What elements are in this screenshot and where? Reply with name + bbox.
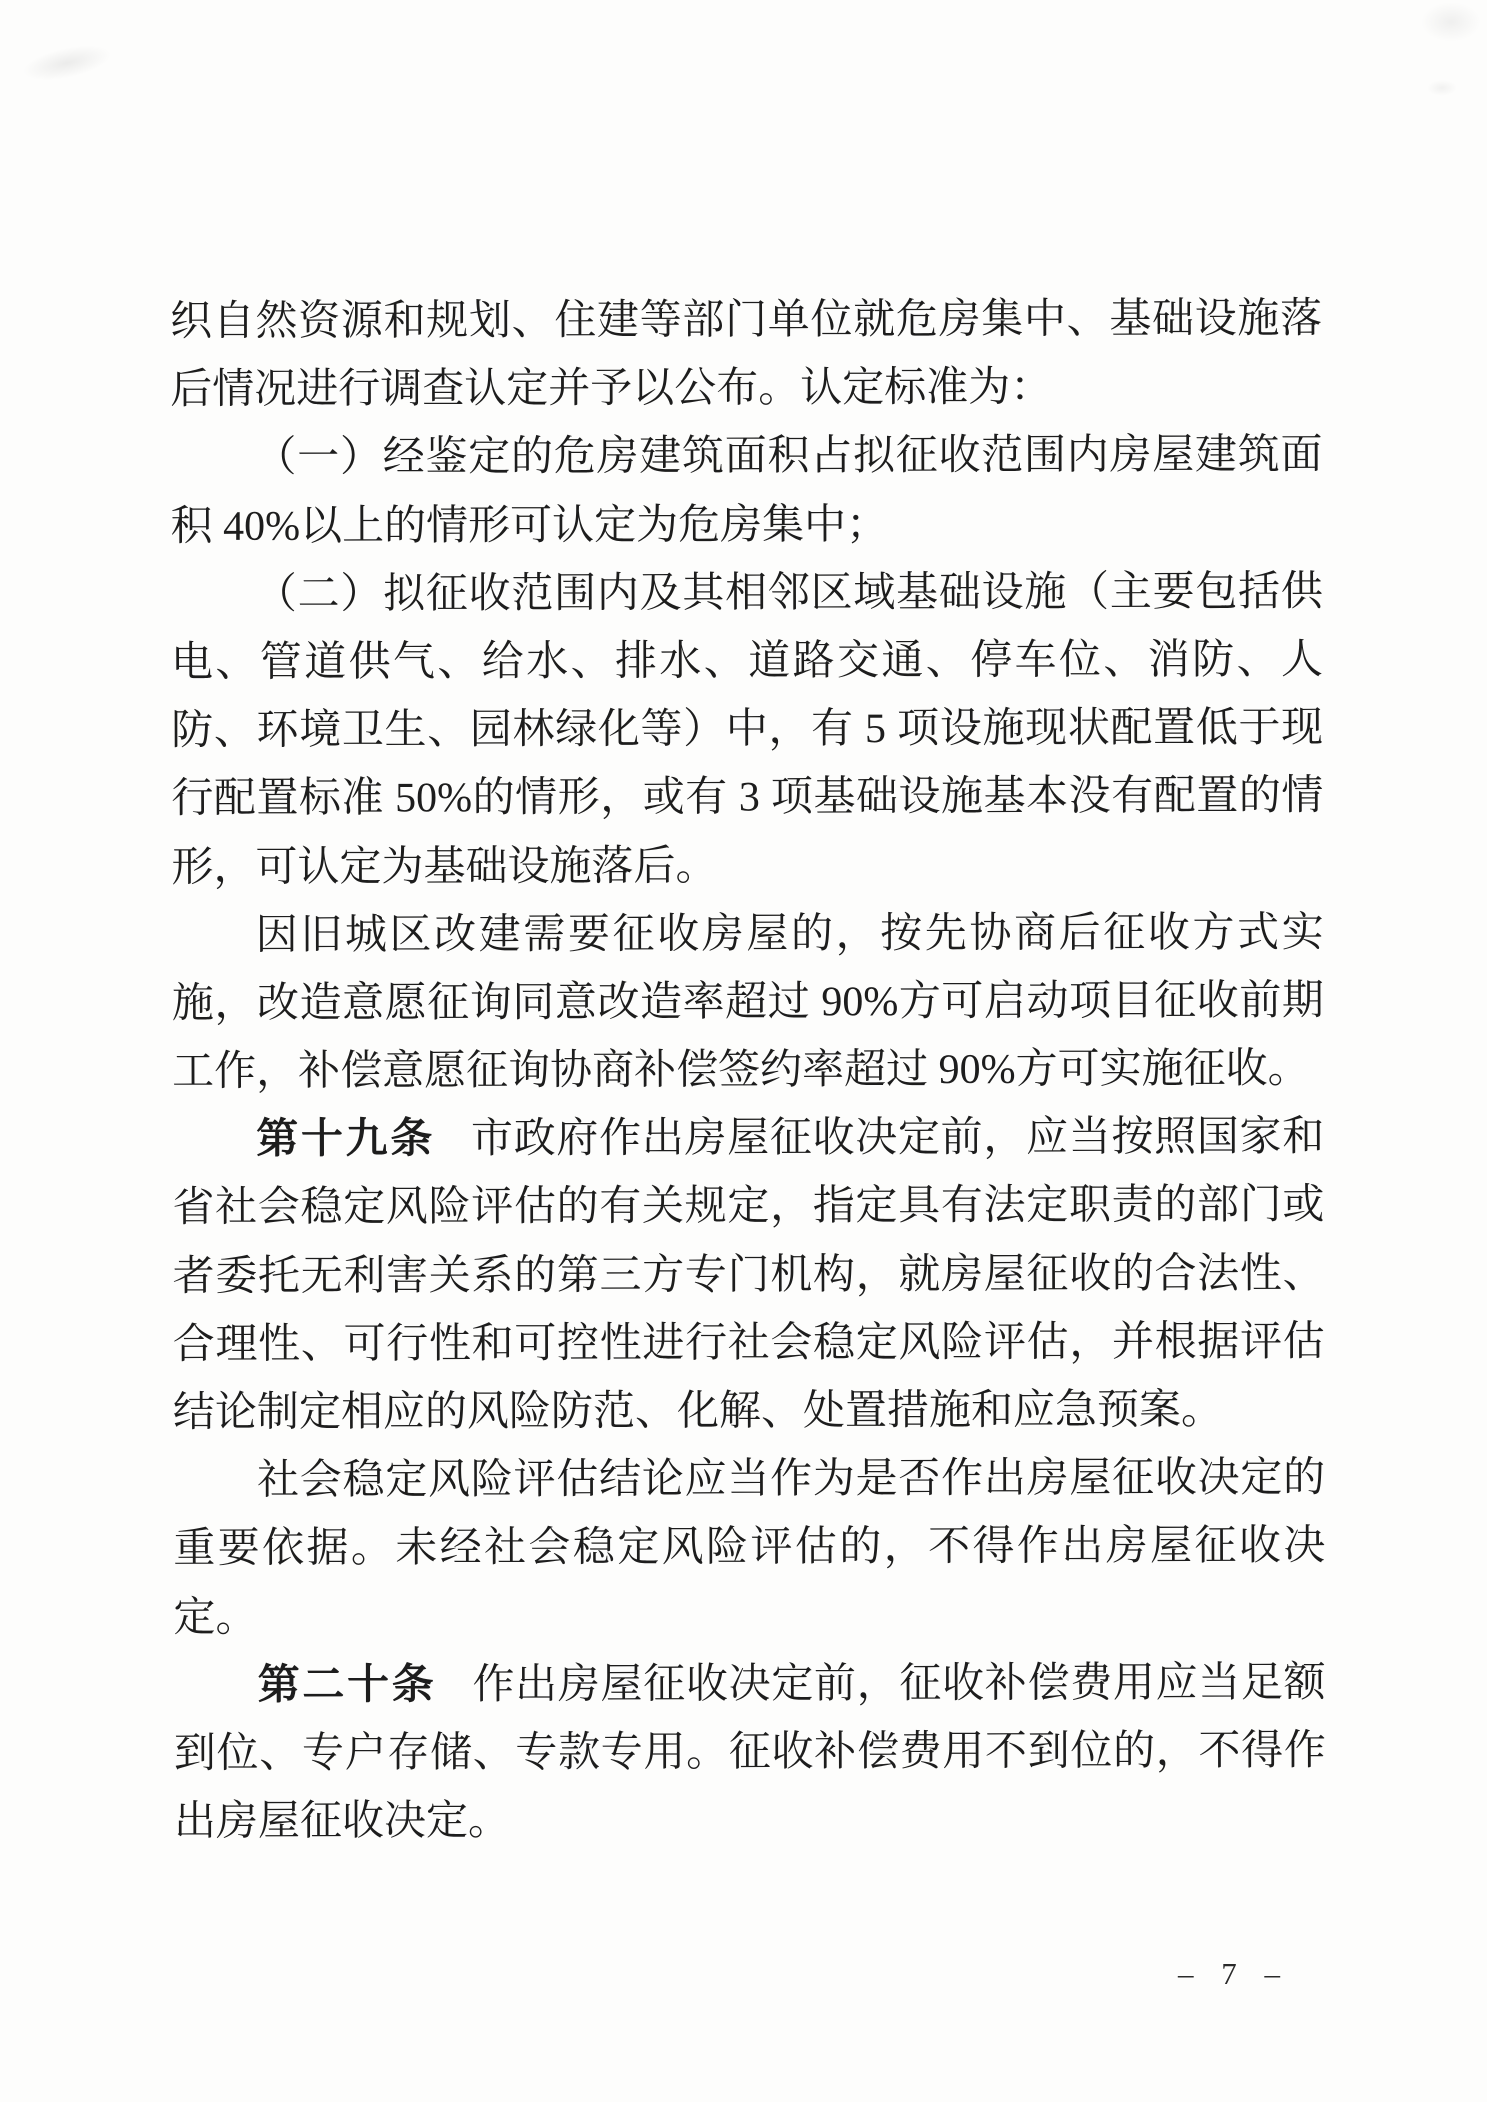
text-line: 合理性、可行性和可控性进行社会稳定风险评估，并根据评估 — [173, 1308, 1325, 1379]
text-line: 防、环境卫生、园林绿化等）中，有 5 项设施现状配置低于现 — [171, 694, 1323, 765]
article-text: 作出房屋征收决定前，征收补偿费用应当足额 — [472, 1660, 1325, 1708]
scan-smudge — [1421, 2, 1481, 42]
text-line: 省社会稳定风险评估的有关规定，指定具有法定职责的部门或 — [172, 1171, 1324, 1242]
text-line: 积 40%以上的情形可认定为危房集中； — [171, 490, 1323, 561]
text-line: 行配置标准 50%的情形，或有 3 项基础设施基本没有配置的情 — [171, 762, 1323, 833]
text-line: 结论制定相应的风险防范、化解、处置措施和应急预案。 — [173, 1376, 1325, 1447]
article-number: 第二十条 — [258, 1662, 437, 1708]
text-line: 第十九条市政府作出房屋征收决定前，应当按照国家和 — [172, 1103, 1324, 1174]
text-line: 织自然资源和规划、住建等部门单位就危房集中、基础设施落 — [170, 285, 1322, 356]
scan-smudge — [1427, 80, 1457, 96]
text-line: 到位、专户存储、专款专用。征收补偿费用不到位的，不得作 — [174, 1717, 1326, 1788]
text-line: 工作，补偿意愿征询协商补偿签约率超过 90%方可实施征收。 — [172, 1035, 1324, 1106]
scan-smudge — [20, 39, 114, 87]
text-line: 施，改造意愿征询同意改造率超过 90%方可启动项目征收前期 — [172, 967, 1324, 1038]
text-line: 因旧城区改建需要征收房屋的，按先协商后征收方式实 — [172, 899, 1324, 970]
text-line: 者委托无利害关系的第三方专门机构，就房屋征收的合法性、 — [172, 1240, 1324, 1311]
document-page: 织自然资源和规划、住建等部门单位就危房集中、基础设施落 后情况进行调查认定并予以… — [0, 0, 1487, 2102]
article-text: 市政府作出房屋征收决定前，应当按照国家和 — [471, 1114, 1324, 1162]
text-line: 第二十条作出房屋征收决定前，征收补偿费用应当足额 — [174, 1649, 1326, 1720]
article-number: 第十九条 — [256, 1117, 435, 1163]
text-line: 定。 — [173, 1581, 1325, 1652]
text-line: 社会稳定风险评估结论应当作为是否作出房屋征收决定的 — [173, 1444, 1325, 1515]
text-line: （一）经鉴定的危房建筑面积占拟征收范围内房屋建筑面 — [170, 421, 1322, 492]
page-number: – 7 – — [1178, 1956, 1378, 1992]
text-line: （二）拟征收范围内及其相邻区域基础设施（主要包括供 — [171, 558, 1323, 629]
text-line: 重要依据。未经社会稳定风险评估的，不得作出房屋征收决 — [173, 1512, 1325, 1583]
text-block: 织自然资源和规划、住建等部门单位就危房集中、基础设施落 后情况进行调查认定并予以… — [170, 285, 1326, 1856]
text-line: 后情况进行调查认定并予以公布。认定标准为： — [170, 353, 1322, 424]
text-line: 形，可认定为基础设施落后。 — [171, 830, 1323, 901]
text-line: 电、管道供气、给水、排水、道路交通、停车位、消防、人 — [171, 626, 1323, 697]
text-line: 出房屋征收决定。 — [174, 1785, 1326, 1856]
